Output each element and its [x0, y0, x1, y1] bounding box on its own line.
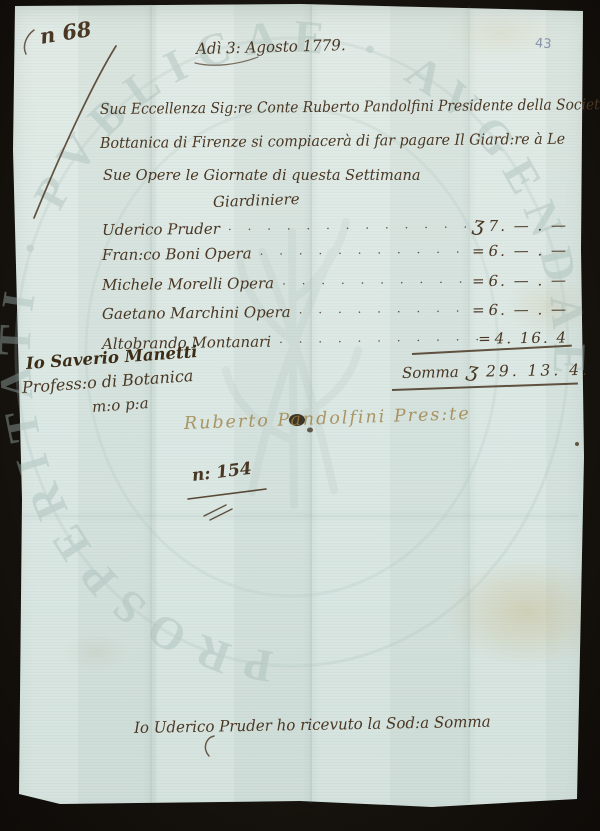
dotted-leader: · · · · · · · · · · · · · · · · · · · · … — [291, 304, 472, 320]
currency-mark: ʒ — [457, 356, 488, 384]
scan-background: PROSPERITATI ∙ PVBLICAE ∙ AVGENDAE n 68 — [0, 0, 600, 831]
folio-number-pencil: 43 — [534, 36, 552, 52]
corner-mark-squiggle — [24, 30, 34, 54]
stray-pen-mark — [205, 736, 214, 756]
somma-label: Somma — [402, 363, 459, 382]
amount-value: 6. — . — — [488, 300, 568, 319]
body-line-3: Sue Opere le Giornate di questa Settiman… — [103, 166, 421, 184]
amount-value: 7. — . — — [489, 216, 569, 235]
amount-value: 6. — . — — [488, 241, 568, 260]
corner-mark-flourish — [34, 46, 116, 218]
worker-name: Michele Morelli Opera — [102, 274, 274, 294]
somma-value: 29. 13. 4. — [486, 361, 590, 381]
amount-value: 6. — . — — [488, 271, 568, 290]
registry-underline — [188, 489, 266, 499]
dotted-leader: · · · · · · · · · · · · · · · · · · · · … — [220, 220, 474, 237]
dotted-leader: · · · · · · · · · · · · · · · · · · · · … — [274, 275, 472, 291]
worker-name: Uderico Pruder — [102, 220, 220, 239]
ink-speck — [575, 442, 579, 446]
worker-name: Gaetano Marchini Opera — [102, 303, 291, 323]
dotted-leader: · · · · · · · · · · · · · · · · · · · · … — [252, 245, 473, 261]
equals-mark: = — [472, 242, 489, 260]
somma-line: Somma ʒ 29. 13. 4. — [402, 356, 590, 383]
equals-mark: = — [472, 301, 489, 319]
currency-mark: ʒ — [472, 211, 490, 237]
dotted-leader: · · · · · · · · · · · · · · · · · · — [271, 333, 478, 350]
payment-entry-row: Uderico Pruder · · · · · · · · · · · · ·… — [102, 211, 568, 240]
date-flourish — [195, 57, 258, 65]
worker-name: Fran:co Boni Opera — [102, 244, 252, 264]
section-heading: Giardiniere — [213, 190, 300, 211]
equals-mark: = — [472, 272, 489, 290]
equals-mark: = — [478, 330, 495, 348]
